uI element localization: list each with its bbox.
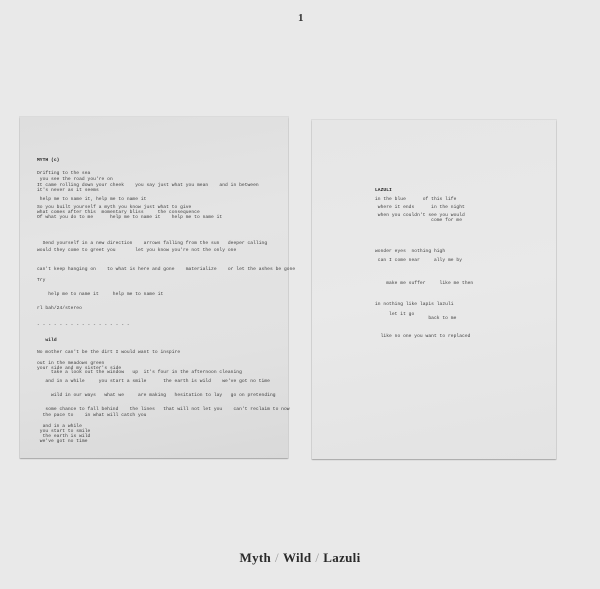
lyric-line: where it ends in the night — [375, 205, 465, 210]
lyric-line: the pace to in what will catch you — [37, 413, 146, 418]
lyric-line: Send yourself in a new direction arrows … — [37, 241, 267, 246]
section-divider: - - - - - - - - - - - - - - - - - — [37, 323, 130, 328]
lyric-line: come for me — [375, 218, 462, 223]
lyric-line: it's never as it seems — [37, 188, 99, 193]
song-title-wild: wild — [37, 338, 57, 343]
lyric-line: can I come near ally me by — [375, 258, 462, 263]
lyric-line: help me to name it, help me to name it — [37, 197, 146, 202]
lyric-line: can't keep hanging on to what is here an… — [37, 267, 295, 272]
lyric-line: Of what you do to me help me to name it … — [37, 215, 222, 220]
lyric-line: you see the road you're on — [37, 177, 113, 182]
lyric-sheet-lazuli: LAZULI in the blue of this life where it… — [312, 120, 556, 459]
lyric-line: in nothing like lapis lazuli — [375, 302, 454, 307]
album-title-part-lazuli: Lazuli — [323, 550, 360, 565]
lyric-line: No mother can't be the dirt I would want… — [37, 350, 180, 355]
lyric-line: wild in our ways what we are making hesi… — [37, 393, 276, 398]
album-title-part-wild: Wild — [283, 550, 311, 565]
lyric-sheet-myth-wild: MYTH (c) Drifting to the sea you see the… — [20, 117, 288, 458]
lyric-line: would they come to greet you let you kno… — [37, 248, 236, 253]
title-separator: / — [315, 550, 319, 565]
lyric-line: wonder eyes nothing high — [375, 249, 445, 254]
lyric-line: help me to name it help me to name it — [37, 292, 163, 297]
song-title-lazuli: LAZULI — [375, 188, 392, 193]
album-title-part-myth: Myth — [240, 550, 272, 565]
lyric-line: Drifting to the sea — [37, 171, 90, 176]
lyric-line: in the blue of this life — [375, 197, 456, 202]
album-title: Myth/Wild/Lazuli — [0, 550, 600, 566]
page-number: 1 — [298, 12, 304, 24]
lyric-line: some chance to fall behind the lines tha… — [37, 407, 290, 412]
lyric-line: rl bah/24/stereo — [37, 306, 82, 311]
song-title-myth: MYTH (c) — [37, 158, 59, 163]
lyric-line: take a look out the window up it's four … — [37, 370, 242, 375]
lyric-line: we've got no time — [37, 439, 88, 444]
lyric-line: make me suffer like me then — [375, 281, 473, 286]
lyric-line: back to me — [375, 316, 456, 321]
title-separator: / — [275, 550, 279, 565]
lyric-line: like no one you want to replaced — [375, 334, 470, 339]
lyric-line: Try — [37, 278, 45, 283]
lyric-line: and in a while you start a smile the ear… — [37, 379, 270, 384]
